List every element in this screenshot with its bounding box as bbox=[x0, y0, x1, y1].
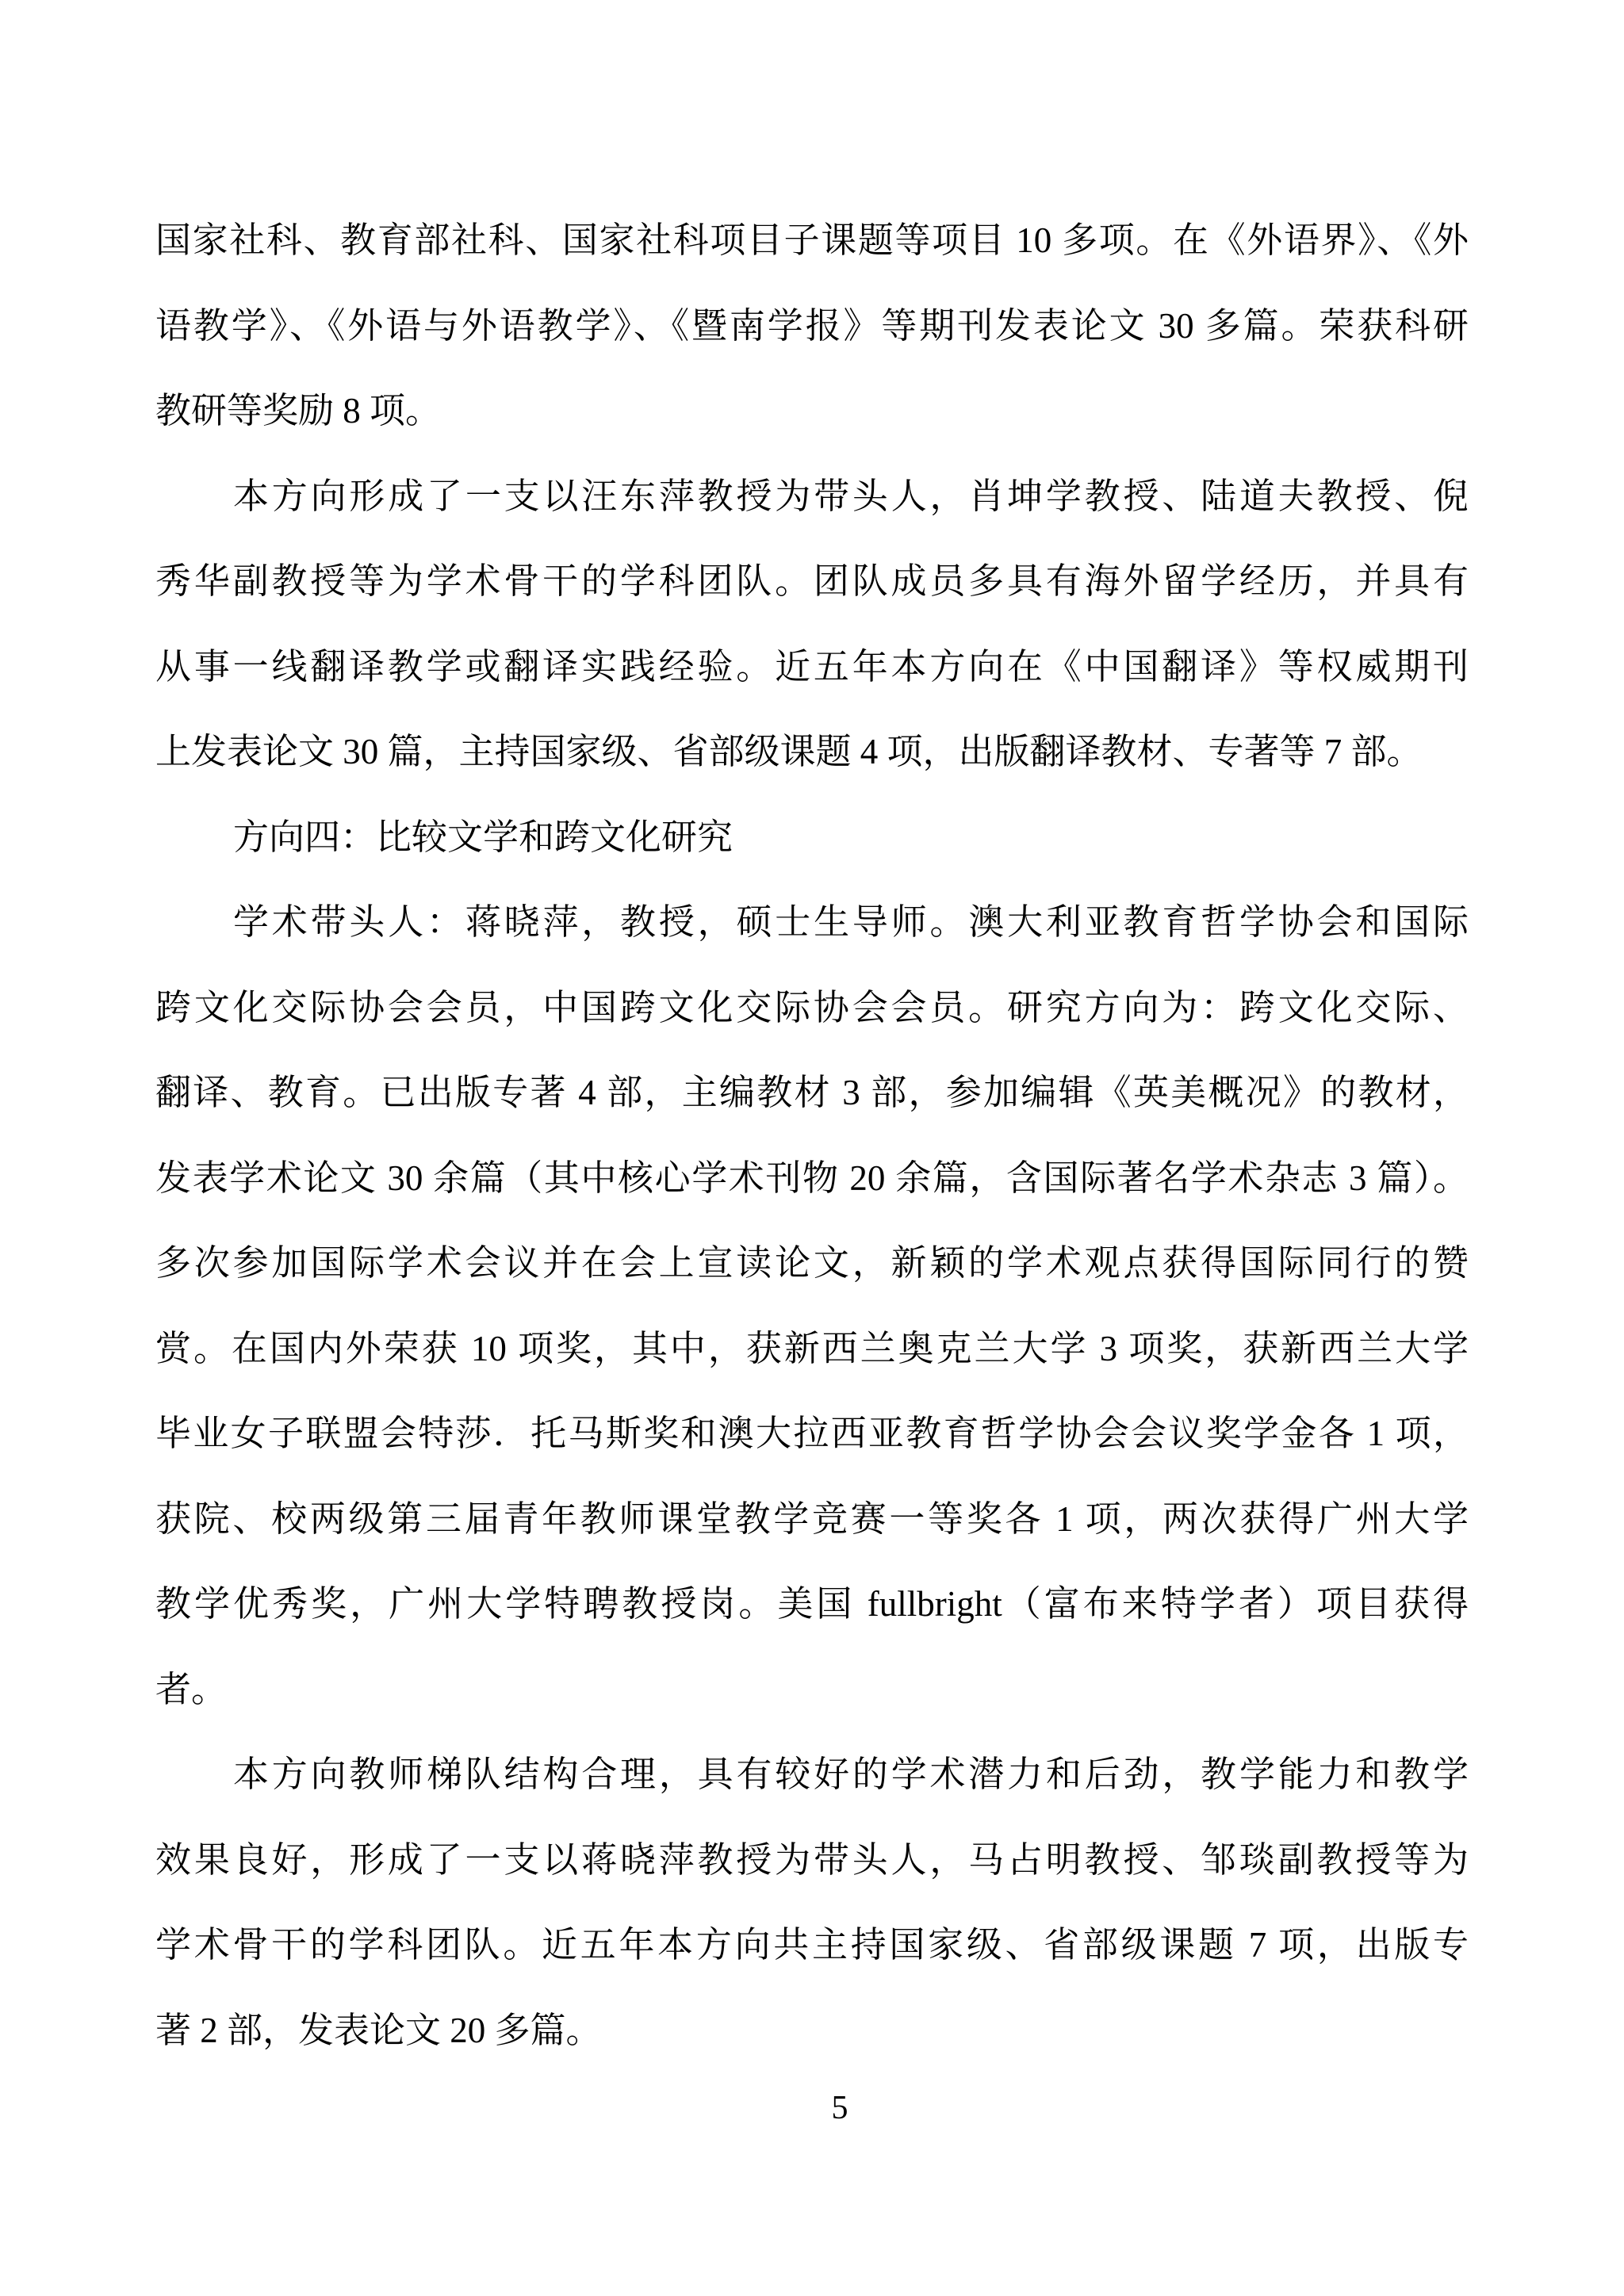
page-footer: 5 bbox=[28, 2091, 1624, 2125]
text-line: 毕业女子联盟会特莎．托马斯奖和澳大拉西亚教育哲学协会会议奖学金各 1 项， bbox=[155, 1391, 1469, 1477]
text-line: 本方向教师梯队结构合理，具有较好的学术潜力和后劲，教学能力和教学 bbox=[155, 1732, 1469, 1818]
text-line: 赏。在国内外荣获 10 项奖，其中，获新西兰奥克兰大学 3 项奖，获新西兰大学 bbox=[155, 1307, 1469, 1392]
text-line: 方向四：比较文学和跨文化研究 bbox=[155, 795, 1469, 881]
text-line: 秀华副教授等为学术骨干的学科团队。团队成员多具有海外留学经历，并具有 bbox=[155, 539, 1469, 625]
document-page: 国家社科、教育部社科、国家社科项目子课题等项目 10 多项。在《外语界》、《外 … bbox=[0, 0, 1624, 2296]
text-line: 教学优秀奖，广州大学特聘教授岗。美国 fullbright（富布来特学者）项目获… bbox=[155, 1562, 1469, 1647]
paragraph: 本方向形成了一支以汪东萍教授为带头人，肖坤学教授、陆道夫教授、倪 秀华副教授等为… bbox=[155, 454, 1469, 795]
text-line: 学术骨干的学科团队。近五年本方向共主持国家级、省部级课题 7 项，出版专 bbox=[155, 1903, 1469, 1988]
text-line: 学术带头人：蒋晓萍，教授，硕士生导师。澳大利亚教育哲学协会和国际 bbox=[155, 880, 1469, 966]
paragraph: 学术带头人：蒋晓萍，教授，硕士生导师。澳大利亚教育哲学协会和国际 跨文化交际协会… bbox=[155, 880, 1469, 1732]
text-line: 效果良好，形成了一支以蒋晓萍教授为带头人，马占明教授、邹琰副教授等为 bbox=[155, 1818, 1469, 1904]
paragraph: 国家社科、教育部社科、国家社科项目子课题等项目 10 多项。在《外语界》、《外 … bbox=[155, 198, 1469, 454]
text-line: 多次参加国际学术会议并在会上宣读论文，新颖的学术观点获得国际同行的赞 bbox=[155, 1221, 1469, 1307]
text-line: 上发表论文 30 篇，主持国家级、省部级课题 4 项，出版翻译教材、专著等 7 … bbox=[155, 710, 1469, 795]
text-line: 者。 bbox=[155, 1647, 1469, 1733]
text-line: 教研等奖励 8 项。 bbox=[155, 369, 1469, 454]
text-line: 跨文化交际协会会员，中国跨文化交际协会会员。研究方向为：跨文化交际、 bbox=[155, 966, 1469, 1051]
text-line: 从事一线翻译教学或翻译实践经验。近五年本方向在《中国翻译》等权威期刊 bbox=[155, 625, 1469, 710]
paragraph: 本方向教师梯队结构合理，具有较好的学术潜力和后劲，教学能力和教学 效果良好，形成… bbox=[155, 1732, 1469, 2073]
text-line: 著 2 部，发表论文 20 多篇。 bbox=[155, 1988, 1469, 2074]
page-number: 5 bbox=[832, 2090, 848, 2126]
text-line: 语教学》、《外语与外语教学》、《暨南学报》等期刊发表论文 30 多篇。荣获科研 bbox=[155, 284, 1469, 369]
document-body: 国家社科、教育部社科、国家社科项目子课题等项目 10 多项。在《外语界》、《外 … bbox=[155, 198, 1469, 2073]
paragraph-heading: 方向四：比较文学和跨文化研究 bbox=[155, 795, 1469, 881]
text-line: 国家社科、教育部社科、国家社科项目子课题等项目 10 多项。在《外语界》、《外 bbox=[155, 198, 1469, 284]
text-line: 本方向形成了一支以汪东萍教授为带头人，肖坤学教授、陆道夫教授、倪 bbox=[155, 454, 1469, 540]
text-line: 翻译、教育。已出版专著 4 部，主编教材 3 部，参加编辑《英美概况》的教材， bbox=[155, 1050, 1469, 1136]
text-line: 发表学术论文 30 余篇（其中核心学术刊物 20 余篇，含国际著名学术杂志 3 … bbox=[155, 1136, 1469, 1222]
text-line: 获院、校两级第三届青年教师课堂教学竞赛一等奖各 1 项，两次获得广州大学 bbox=[155, 1477, 1469, 1563]
